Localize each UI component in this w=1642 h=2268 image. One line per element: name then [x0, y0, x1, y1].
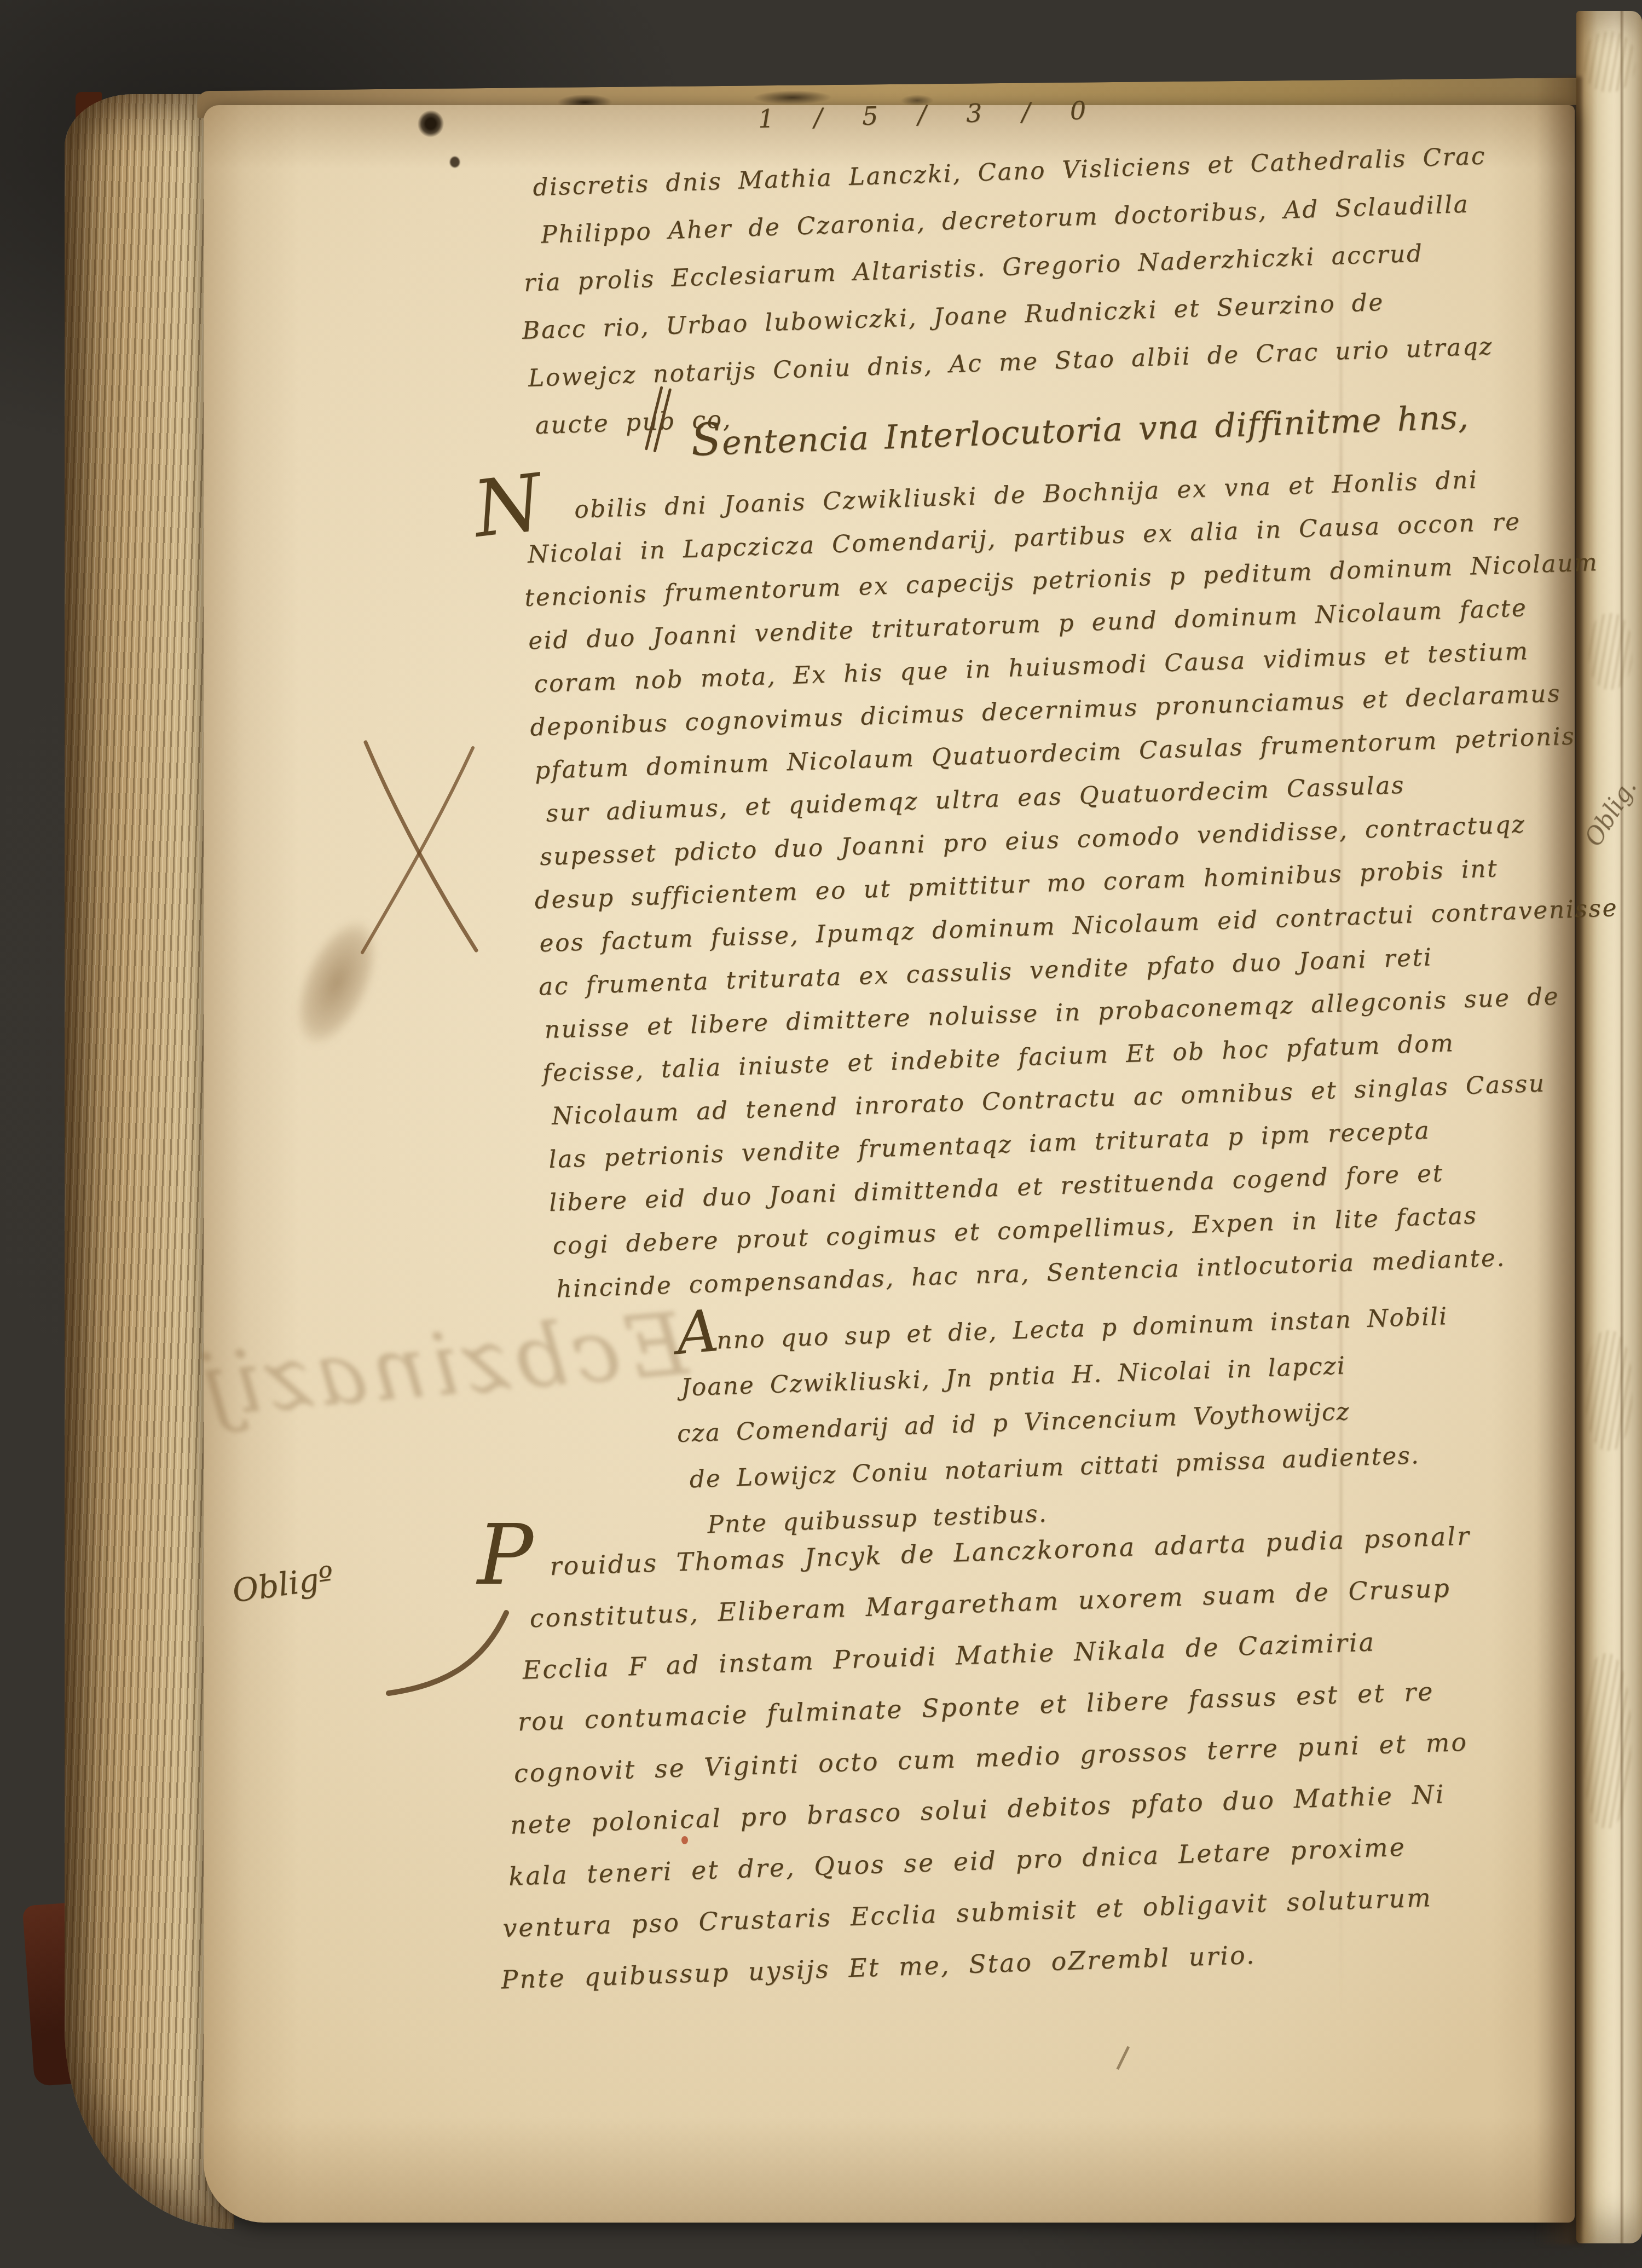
initial-p-swash-tail: [383, 1608, 514, 1704]
red-ink-dot: [681, 1836, 688, 1844]
obligation-paragraph: rouidus Thomas Jncyk de Lanczkorona adar…: [484, 1510, 1485, 2005]
drop-cap-initial-a: A: [674, 1297, 721, 1367]
next-page-ghost-writing: [1583, 32, 1635, 92]
ink-dot: [450, 157, 460, 168]
lecta-note-paragraph: nno quo sup et die, Lecta p dominum inst…: [673, 1294, 1455, 1549]
sentencia-paragraph: obilis dni Joanis Czwikliuski de Bochnij…: [521, 454, 1630, 1311]
next-page-ghost-writing: [1582, 1653, 1631, 1828]
next-page-ghost-writing: [1585, 1330, 1632, 1451]
drop-cap-initial-n: N: [469, 457, 547, 555]
manuscript-scan: Ecbzinazij 1 / 5 / 3 / 0 discretis dnis …: [0, 0, 1642, 2268]
drop-cap-initial-p: P: [477, 1507, 533, 1603]
margin-x-mark: [349, 732, 492, 965]
